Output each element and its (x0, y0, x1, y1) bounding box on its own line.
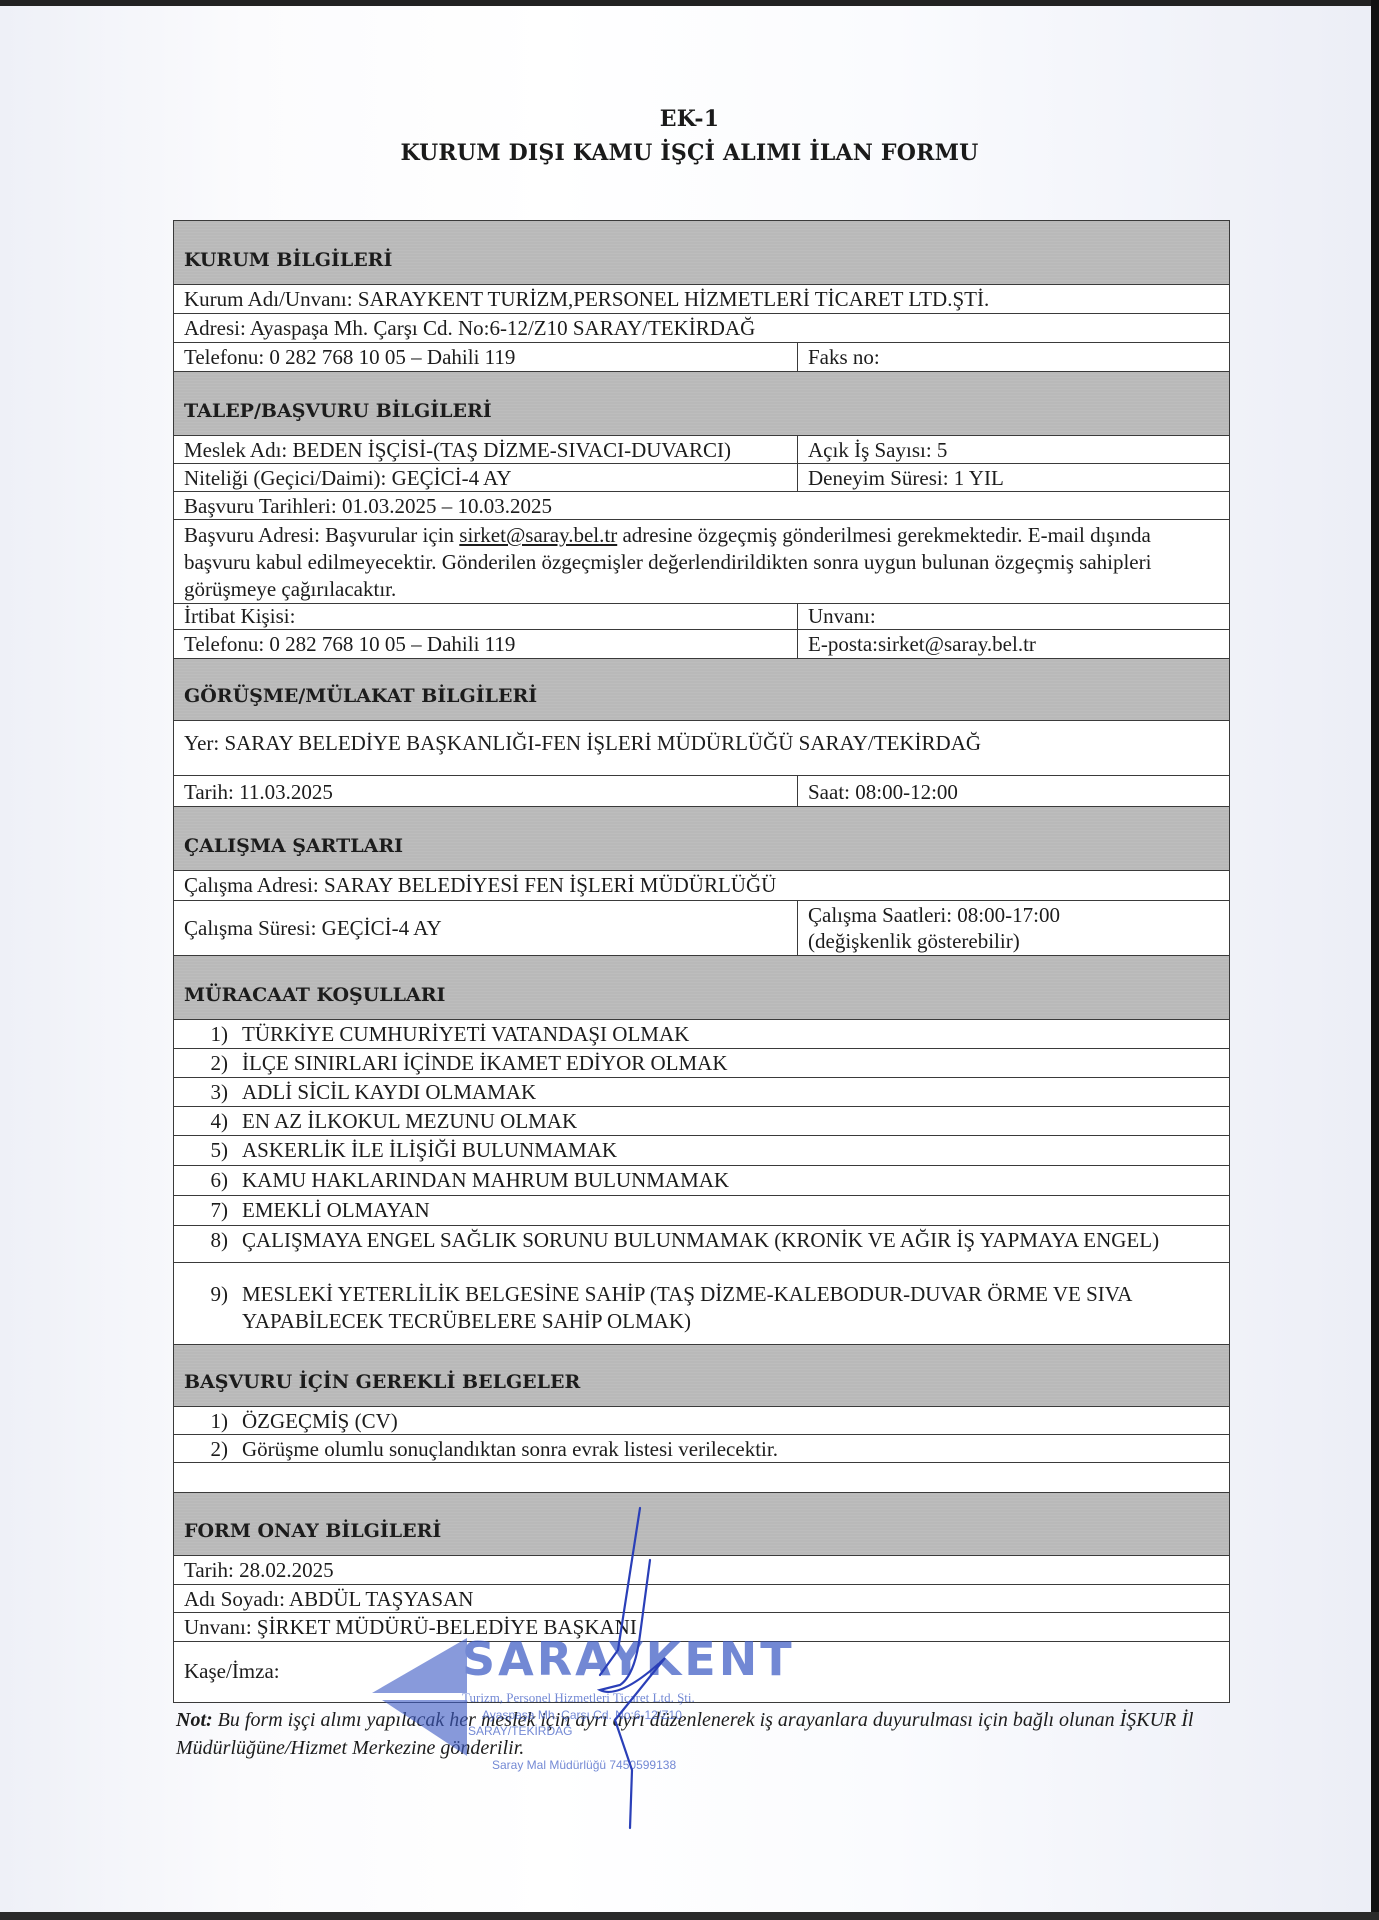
contact-email: E-posta:sirket@saray.bel.tr (797, 629, 1230, 659)
approval-date: Tarih: 28.02.2025 (173, 1555, 1230, 1585)
application-dates: Başvuru Tarihleri: 01.03.2025 – 10.03.20… (173, 491, 1230, 520)
kurum-fax: Faks no: (797, 342, 1230, 372)
document-number: 2) (184, 1435, 242, 1463)
kurum-name: Kurum Adı/Unvanı: SARAYKENT TURİZM,PERSO… (173, 284, 1230, 314)
requirement-number: 4) (184, 1107, 242, 1135)
open-positions: Açık İş Sayısı: 5 (797, 435, 1230, 464)
blank-row (173, 1462, 1230, 1493)
form-title: KURUM DIŞI KAMU İŞÇİ ALIMI İLAN FORMU (0, 140, 1379, 166)
profession: Meslek Adı: BEDEN İŞÇİSİ-(TAŞ DİZME-SIVA… (173, 435, 798, 464)
document-text: Görüşme olumlu sonuçlandıktan sonra evra… (242, 1435, 778, 1463)
approver-title: Unvanı: ŞİRKET MÜDÜRÜ-BELEDİYE BAŞKANI (173, 1612, 1230, 1642)
requirement-item: 4)EN AZ İLKOKUL MEZUNU OLMAK (173, 1106, 1230, 1136)
annex-label: EK-1 (0, 106, 1379, 132)
requirement-text: EMEKLİ OLMAYAN (242, 1196, 430, 1224)
requirement-number: 8) (184, 1226, 242, 1254)
scan-edge-bottom (0, 1912, 1379, 1920)
scan-edge-right (1371, 0, 1379, 1920)
application-email-link[interactable]: sirket@saray.bel.tr (459, 523, 617, 547)
required-document-item: 2)Görüşme olumlu sonuçlandıktan sonra ev… (173, 1434, 1230, 1463)
requirement-text: ASKERLİK İLE İLİŞİĞİ BULUNMAMAK (242, 1136, 617, 1164)
requirement-text: MESLEKİ YETERLİLİK BELGESİNE SAHİP (TAŞ … (242, 1281, 1142, 1335)
contact-title: Unvanı: (797, 603, 1230, 630)
required-document-item: 1)ÖZGEÇMİŞ (CV) (173, 1406, 1230, 1435)
requirement-text: ÇALIŞMAYA ENGEL SAĞLIK SORUNU BULUNMAMAK… (242, 1226, 1159, 1254)
work-address: Çalışma Adresi: SARAY BELEDİYESİ FEN İŞL… (173, 870, 1230, 901)
contact-person: İrtibat Kişisi: (173, 603, 798, 630)
requirement-text: ADLİ SİCİL KAYDI OLMAMAK (242, 1078, 536, 1106)
requirement-text: İLÇE SINIRLARI İÇİNDE İKAMET EDİYOR OLMA… (242, 1049, 727, 1077)
requirement-text: KAMU HAKLARINDAN MAHRUM BULUNMAMAK (242, 1166, 729, 1194)
interview-date: Tarih: 11.03.2025 (173, 775, 798, 807)
approver-name: Adı Soyadı: ABDÜL TAŞYASAN (173, 1584, 1230, 1613)
work-hours: Çalışma Saatleri: 08:00-17:00(değişkenli… (797, 900, 1230, 956)
requirement-number: 5) (184, 1136, 242, 1164)
work-duration: Çalışma Süresi: GEÇİCİ-4 AY (173, 900, 798, 956)
application-address: Başvuru Adresi: Başvurular için sirket@s… (173, 519, 1230, 604)
application-address-prefix: Başvuru Adresi: Başvurular için (184, 523, 459, 547)
requirement-item: 5)ASKERLİK İLE İLİŞİĞİ BULUNMAMAK (173, 1135, 1230, 1166)
section-kurum-header: KURUM BİLGİLERİ (173, 220, 1230, 285)
requirement-item: 8)ÇALIŞMAYA ENGEL SAĞLIK SORUNU BULUNMAM… (173, 1225, 1230, 1263)
requirement-item: 3)ADLİ SİCİL KAYDI OLMAMAK (173, 1077, 1230, 1107)
document-text: ÖZGEÇMİŞ (CV) (242, 1407, 398, 1435)
requirement-number: 2) (184, 1049, 242, 1077)
contact-phone: Telefonu: 0 282 768 10 05 – Dahili 119 (173, 629, 798, 659)
requirement-number: 7) (184, 1196, 242, 1224)
section-interview-header: GÖRÜŞME/MÜLAKAT BİLGİLERİ (173, 658, 1230, 721)
requirement-number: 9) (184, 1281, 242, 1308)
interview-time: Saat: 08:00-12:00 (797, 775, 1230, 807)
footnote: Not: Bu form işçi alımı yapılacak her me… (176, 1706, 1236, 1762)
requirement-item: 2)İLÇE SINIRLARI İÇİNDE İKAMET EDİYOR OL… (173, 1048, 1230, 1078)
work-hours-line2: (değişkenlik gösterebilir) (808, 928, 1219, 954)
section-talep-header: TALEP/BAŞVURU BİLGİLERİ (173, 371, 1230, 436)
requirement-item: 6)KAMU HAKLARINDAN MAHRUM BULUNMAMAK (173, 1165, 1230, 1196)
kurum-phone: Telefonu: 0 282 768 10 05 – Dahili 119 (173, 342, 798, 372)
requirement-number: 6) (184, 1166, 242, 1194)
requirement-item: 9)MESLEKİ YETERLİLİK BELGESİNE SAHİP (TA… (173, 1262, 1230, 1345)
requirement-number: 3) (184, 1078, 242, 1106)
footnote-text: Bu form işçi alımı yapılacak her meslek … (176, 1709, 1193, 1759)
requirement-text: TÜRKİYE CUMHURİYETİ VATANDAŞI OLMAK (242, 1020, 689, 1048)
experience-required: Deneyim Süresi: 1 YIL (797, 463, 1230, 492)
work-hours-line1: Çalışma Saatleri: 08:00-17:00 (808, 902, 1219, 928)
interview-place: Yer: SARAY BELEDİYE BAŞKANLIĞI-FEN İŞLER… (173, 720, 1230, 776)
section-work-conditions-header: ÇALIŞMA ŞARTLARI (173, 806, 1230, 871)
document-number: 1) (184, 1407, 242, 1435)
section-requirements-header: MÜRACAAT KOŞULLARI (173, 955, 1230, 1020)
stamp-signature-field: Kaşe/İmza: (173, 1641, 1230, 1703)
requirement-number: 1) (184, 1020, 242, 1048)
section-approval-header: FORM ONAY BİLGİLERİ (173, 1492, 1230, 1556)
position-nature: Niteliği (Geçici/Daimi): GEÇİCİ-4 AY (173, 463, 798, 492)
requirement-item: 7)EMEKLİ OLMAYAN (173, 1195, 1230, 1226)
kurum-address: Adresi: Ayaspaşa Mh. Çarşı Cd. No:6-12/Z… (173, 313, 1230, 343)
section-documents-header: BAŞVURU İÇİN GEREKLİ BELGELER (173, 1344, 1230, 1407)
footnote-label: Not: (176, 1709, 213, 1731)
requirement-text: EN AZ İLKOKUL MEZUNU OLMAK (242, 1107, 577, 1135)
requirement-item: 1)TÜRKİYE CUMHURİYETİ VATANDAŞI OLMAK (173, 1019, 1230, 1049)
